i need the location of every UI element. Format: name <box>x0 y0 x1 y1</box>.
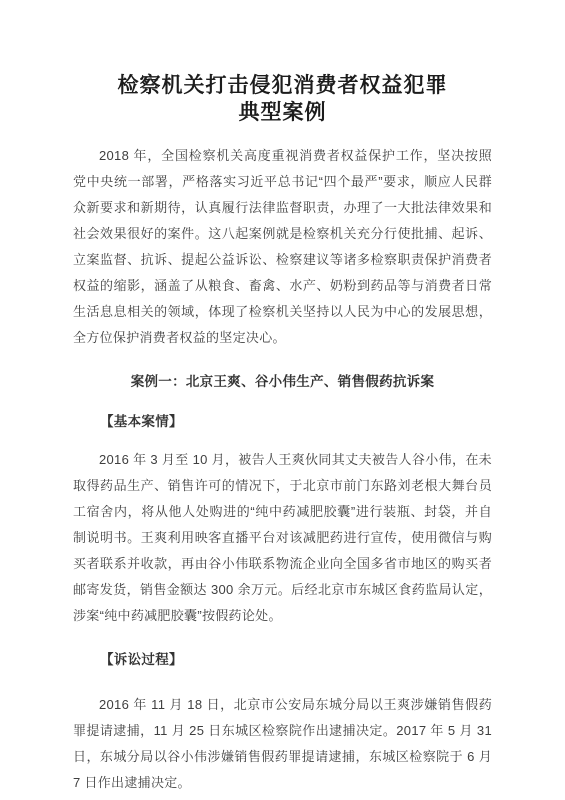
case-title: 案例一：北京王爽、谷小伟生产、销售假药抗诉案 <box>73 369 492 395</box>
section-heading-basic-facts: 【基本案情】 <box>73 409 492 435</box>
section-paragraph-litigation-process: 2016 年 11 月 18 日，北京市公安局东城分局以王爽涉嫌销售假药罪提请逮… <box>73 692 492 796</box>
document-title-line1: 检察机关打击侵犯消费者权益犯罪 <box>118 73 448 97</box>
document-page: 检察机关打击侵犯消费者权益犯罪 典型案例 2018 年，全国检察机关高度重视消费… <box>0 0 565 800</box>
section-heading-litigation-process: 【诉讼过程】 <box>73 647 492 673</box>
intro-paragraph: 2018 年，全国检察机关高度重视消费者权益保护工作，坚决按照党中央统一部署，严… <box>73 143 492 351</box>
section-paragraph-basic-facts: 2016 年 3 月至 10 月，被告人王爽伙同其丈夫被告人谷小伟，在未取得药品… <box>73 447 492 629</box>
document-title-line2: 典型案例 <box>239 100 327 124</box>
document-title: 检察机关打击侵犯消费者权益犯罪 典型案例 <box>73 72 492 126</box>
